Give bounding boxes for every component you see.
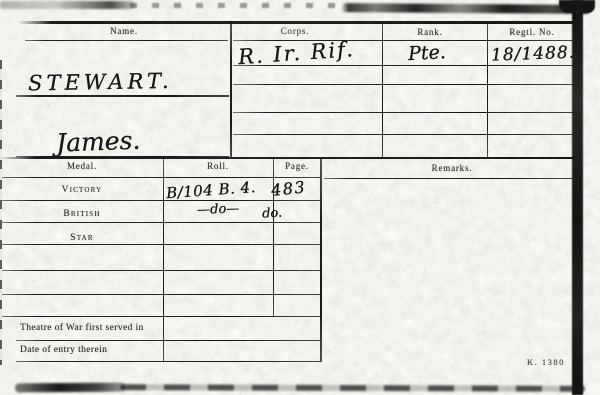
- left-edge-line: [0, 60, 2, 365]
- divider-rank-regtl: [487, 21, 488, 157]
- scan-smudge-top-left: [0, 1, 135, 9]
- corps-row-rule-1: [233, 65, 574, 66]
- victory-page-handwriting: 483: [270, 179, 307, 199]
- divider-page-remarks: [320, 158, 322, 362]
- blank-row-rule-2: [2, 294, 320, 295]
- remarks-header-underline: [324, 178, 572, 179]
- surname-handwriting: STEWART.: [28, 71, 173, 95]
- corps-row-rule-2: [233, 84, 574, 85]
- remarks-header: Remarks.: [410, 163, 494, 173]
- corps-header-underline: [233, 40, 574, 41]
- victory-roll-handwriting: B/104 B. 4.: [166, 180, 257, 201]
- divider-medal-roll: [163, 158, 164, 361]
- medal-row-star-label: Star: [40, 233, 124, 243]
- name-label: Name.: [84, 26, 164, 36]
- british-roll-ditto-handwriting: —do—: [197, 202, 240, 216]
- medal-row-rule-1: [2, 200, 320, 201]
- corps-row-rule-4: [233, 134, 574, 135]
- date-of-entry-label: Date of entry therein: [20, 345, 107, 355]
- medal-column-header: Medal.: [42, 161, 122, 171]
- scan-smudge-bottom-streak: [120, 384, 585, 392]
- theatre-row-rule: [16, 340, 320, 341]
- forename-handwriting: James.: [56, 128, 141, 156]
- medal-row-british-label: British: [40, 209, 124, 219]
- form-number: K. 1380: [527, 357, 565, 367]
- scan-smudge-bottom-blob: [15, 383, 125, 393]
- page-column-header: Page.: [275, 161, 319, 171]
- medal-row-rule-2: [2, 222, 320, 223]
- divider-corps-rank: [382, 21, 383, 157]
- medal-row-rule-3: [2, 244, 320, 245]
- medal-header-underline: [2, 177, 320, 178]
- rank-value-handwriting: Pte.: [408, 43, 447, 64]
- medal-row-victory-label: Victory: [40, 185, 124, 195]
- right-border-top-blob: [559, 0, 595, 13]
- medal-index-card: Name. Corps. Rank. Regtl. No. STEWART. J…: [0, 0, 600, 395]
- british-page-ditto-handwriting: do.: [262, 206, 283, 220]
- top-border-line: [18, 21, 575, 24]
- corps-label: Corps.: [255, 26, 335, 36]
- scan-smudge-top-bar: [341, 3, 590, 14]
- divider-name-corps: [230, 21, 232, 157]
- date-row-rule: [16, 361, 320, 363]
- regtl-no-label: Regtl. No.: [496, 27, 568, 37]
- name-label-underline: [25, 40, 228, 41]
- blank-row-rule-1: [2, 270, 320, 271]
- mid-section-border: [0, 157, 575, 160]
- regtl-no-value-handwriting: 18/1488.: [491, 45, 576, 65]
- blank-row-rule-3: [2, 316, 320, 317]
- corps-row-rule-3: [233, 112, 574, 113]
- roll-column-header: Roll.: [188, 161, 248, 171]
- surname-rule: [16, 95, 229, 97]
- rank-label: Rank.: [400, 27, 460, 37]
- theatre-of-war-label: Theatre of War first served in: [20, 323, 144, 333]
- scan-speckle-band-top: [130, 3, 345, 8]
